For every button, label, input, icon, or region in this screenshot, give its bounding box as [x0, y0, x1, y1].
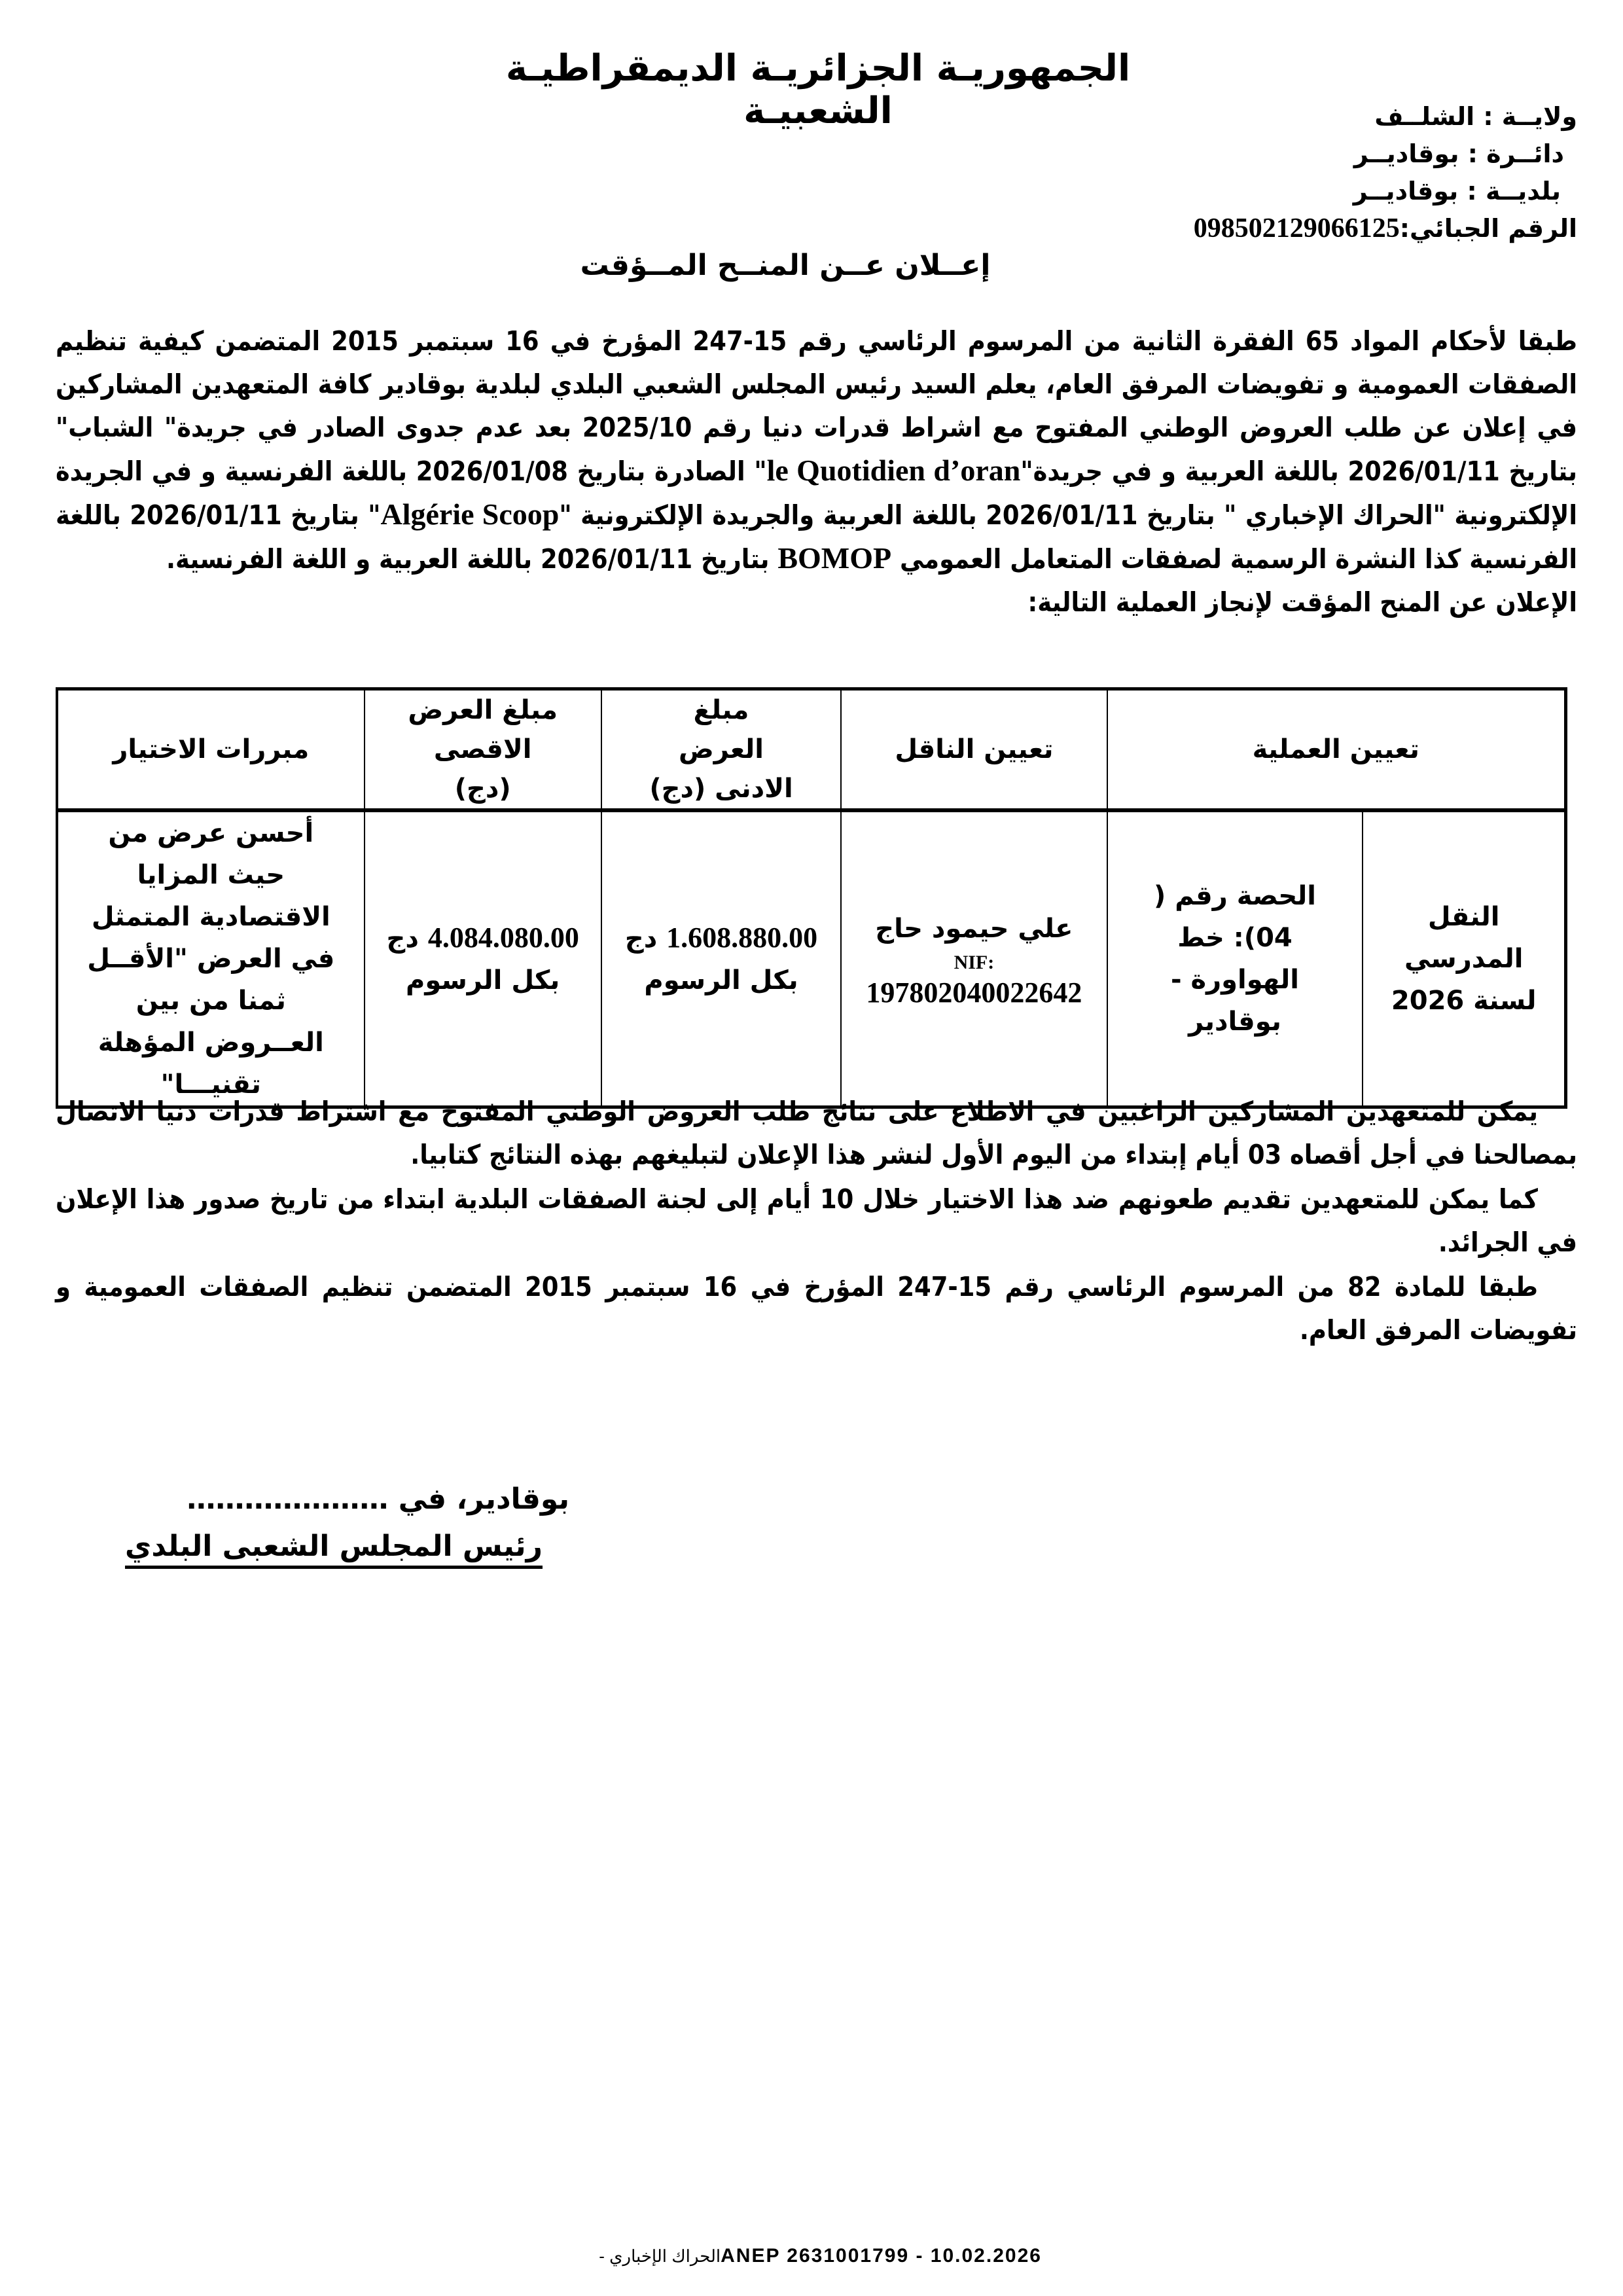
bomop: BOMOP — [777, 541, 891, 575]
intro-text-4: بتاريخ 2026/01/11 باللغة العربية و اللغة… — [166, 543, 777, 575]
daira-line: دائــرة : بوقاديــر — [1119, 135, 1577, 173]
cell-max-offer: 4.084.080.00 دج بكل الرسوم — [365, 810, 601, 1107]
appeals-notice-text: كما يمكن للمتعهدين تقديم طعونهم ضد هذا ا… — [56, 1183, 1577, 1258]
cell-lot: الحصة رقم ( 04): خط الهواورة - بوقادير — [1107, 810, 1363, 1107]
appeals-notice: كما يمكن للمتعهدين تقديم طعونهم ضد هذا ا… — [56, 1177, 1577, 1264]
signature-block: بوقادير، في ………………… رئيس المجلس الشعبى ا… — [98, 1476, 569, 1570]
legal-notice: طبقا للمادة 82 من المرسوم الرئاسي رقم 15… — [56, 1265, 1577, 1352]
table-row: النقل المدرسي لسنة 2026 الحصة رقم ( 04):… — [57, 810, 1566, 1107]
results-notice: يمكن للمتعهدين المشاركين الراغبين في الا… — [56, 1090, 1577, 1176]
results-notice-text: يمكن للمتعهدين المشاركين الراغبين في الا… — [56, 1096, 1577, 1170]
signature-place: بوقادير، في — [388, 1482, 569, 1516]
cell-min-offer: 1.608.880.00 دج بكل الرسوم — [601, 810, 841, 1107]
max-offer-currency: دج — [387, 924, 419, 954]
baladia-line: بلديــة : بوقاديــر — [1119, 173, 1577, 210]
footer-anep-ref: ANEP 2631001799 - 10.02.2026 — [721, 2245, 1042, 2267]
fiscal-label: الرقم الجبائي: — [1400, 214, 1577, 243]
max-offer-amount: 4.084.080.00 — [428, 922, 579, 954]
administration-block: ولايــة : الشلــف دائــرة : بوقاديــر بل… — [1119, 98, 1577, 247]
table-header-row: تعيين العملية تعيين الناقل مبلغ العرض ال… — [57, 689, 1566, 811]
legal-notice-text: طبقا للمادة 82 من المرسوم الرئاسي رقم 15… — [56, 1271, 1577, 1346]
min-offer-note: بكل الرسوم — [609, 960, 834, 1001]
footer-reference: الحراك الإخباري - ANEP 2631001799 - 10.0… — [458, 2245, 1178, 2267]
newspaper-quotidien: le Quotidien d’oran — [767, 454, 1021, 487]
header-operation: تعيين العملية — [1107, 689, 1566, 811]
min-offer-amount: 1.608.880.00 — [666, 922, 817, 954]
signature-place-line: بوقادير، في ………………… — [98, 1476, 569, 1523]
signature-role: رئيس المجلس الشعبى البلدي — [125, 1528, 543, 1569]
header-justification: مبررات الاختيار — [57, 689, 365, 811]
carrier-nif: 197802040022642 — [848, 976, 1099, 1010]
fiscal-number: 098502129066125 — [1194, 213, 1400, 243]
intro-lead: الإعلان عن المنح المؤقت لإنجاز العملية ا… — [56, 581, 1577, 624]
cell-operation: النقل المدرسي لسنة 2026 — [1363, 810, 1565, 1107]
award-table: تعيين العملية تعيين الناقل مبلغ العرض ال… — [56, 687, 1567, 1109]
signature-date-dots: ………………… — [187, 1482, 388, 1516]
carrier-name: علي حيمود حاج — [848, 908, 1099, 950]
min-offer-currency: دج — [625, 924, 657, 954]
republic-heading: الجمهوريـة الجزائريـة الديمقراطيـة الشعب… — [458, 47, 1178, 132]
cell-justification: أحسن عرض من حيث المزايا الاقتصادية المتم… — [57, 810, 365, 1107]
cell-carrier: علي حيمود حاج NIF: 197802040022642 — [841, 810, 1107, 1107]
header-min-offer: مبلغ العرض الادنى (دج) — [601, 689, 841, 811]
document-title: إعــلان عــن المنــح المــؤقت — [524, 249, 1047, 282]
fiscal-number-line: الرقم الجبائي:098502129066125 — [1119, 210, 1577, 247]
footer-source: الحراك الإخباري - — [594, 2246, 721, 2266]
carrier-nif-label: NIF: — [848, 950, 1099, 976]
intro-paragraph: طبقا لأحكام المواد 65 الفقرة الثانية من … — [56, 319, 1577, 624]
header-max-offer: مبلغ العرض الاقصى (دج) — [365, 689, 601, 811]
wilaya-line: ولايــة : الشلــف — [1119, 98, 1577, 135]
newspaper-algerie-scoop: Algérie Scoop — [381, 497, 560, 531]
max-offer-note: بكل الرسوم — [372, 960, 594, 1001]
header-carrier: تعيين الناقل — [841, 689, 1107, 811]
